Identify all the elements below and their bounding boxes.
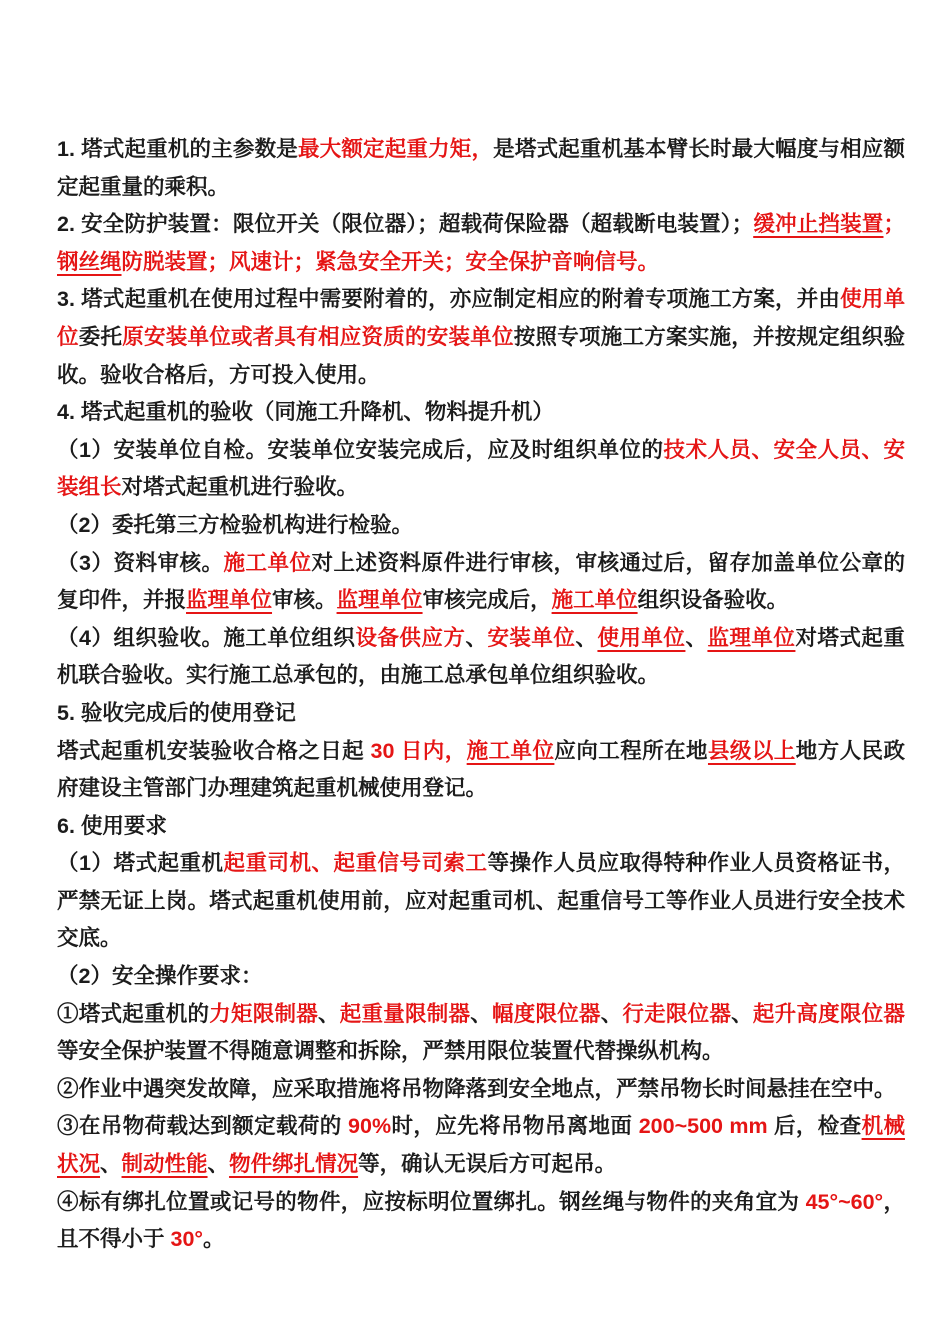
highlighted-text-segment: 钢丝绳 bbox=[57, 250, 122, 274]
highlighted-text-segment: 县级以上 bbox=[708, 739, 796, 763]
text-segment: 2. 安全防护装置：限位开关（限位器）；超载荷保险器（超载断电装置）； bbox=[57, 212, 753, 236]
highlighted-text-segment: 45°~60° bbox=[806, 1190, 884, 1214]
paragraph: 6. 使用要求 bbox=[57, 808, 905, 846]
paragraph: 5. 验收完成后的使用登记 bbox=[57, 695, 905, 733]
highlighted-text-segment: 防脱装置；风速计；紧急安全开关；安全保护音响信号。 bbox=[122, 250, 660, 274]
highlighted-text-segment: 200~500 mm bbox=[639, 1114, 768, 1138]
text-segment: （3）资料审核。 bbox=[57, 551, 223, 575]
text-segment: （1）塔式起重机 bbox=[57, 851, 223, 875]
highlighted-text-segment: 原安装单位或者具有相应资质的安装单位 bbox=[122, 325, 513, 349]
highlighted-text-segment: 设备供应方 bbox=[355, 626, 465, 650]
text-segment: 审核完成后， bbox=[423, 588, 552, 612]
highlighted-text-segment: 30 日内， bbox=[371, 739, 467, 763]
highlighted-text-segment: 施工单位 bbox=[467, 739, 555, 763]
text-segment: 应向工程所在地 bbox=[554, 739, 708, 763]
paragraph: （4）组织验收。施工单位组织设备供应方、安装单位、使用单位、监理单位对塔式起重机… bbox=[57, 620, 905, 695]
text-segment: 3. 塔式起重机在使用过程中需要附着的，亦应制定相应的附着专项施工方案，并由 bbox=[57, 287, 840, 311]
paragraph: ④标有绑扎位置或记号的物件，应按标明位置绑扎。钢丝绳与物件的夹角宜为 45°~6… bbox=[57, 1184, 905, 1259]
text-segment: 、 bbox=[318, 1002, 340, 1026]
text-segment: 、 bbox=[465, 626, 487, 650]
text-segment: 、 bbox=[601, 1002, 623, 1026]
document-page: 1. 塔式起重机的主参数是最大额定起重力矩，是塔式起重机基本臂长时最大幅度与相应… bbox=[0, 0, 950, 1344]
text-segment: ②作业中遇突发故障，应采取措施将吊物降落到安全地点，严禁吊物长时间悬挂在空中。 bbox=[57, 1077, 896, 1101]
paragraph: 4. 塔式起重机的验收（同施工升降机、物料提升机） bbox=[57, 394, 905, 432]
highlighted-text-segment: 监理单位 bbox=[186, 588, 272, 612]
highlighted-text-segment: 起升高度限位器 bbox=[753, 1002, 905, 1026]
text-segment: 、 bbox=[731, 1002, 753, 1026]
highlighted-text-segment: 施工单位 bbox=[223, 551, 311, 575]
highlighted-text-segment: 物件绑扎情况 bbox=[229, 1152, 358, 1176]
paragraph: ②作业中遇突发故障，应采取措施将吊物降落到安全地点，严禁吊物长时间悬挂在空中。 bbox=[57, 1071, 905, 1109]
text-segment: 时，应先将吊物吊离地面 bbox=[391, 1114, 639, 1138]
text-segment: 、 bbox=[470, 1002, 492, 1026]
text-segment: 。 bbox=[203, 1227, 225, 1251]
highlighted-text-segment: 行走限位器 bbox=[622, 1002, 731, 1026]
highlighted-text-segment: 监理单位 bbox=[707, 626, 795, 650]
text-segment: 1. 塔式起重机的主参数是 bbox=[57, 137, 298, 161]
text-segment: 5. 验收完成后的使用登记 bbox=[57, 701, 296, 725]
paragraph: （2）安全操作要求： bbox=[57, 958, 905, 996]
highlighted-text-segment: 安装单位 bbox=[487, 626, 575, 650]
text-segment: 对塔式起重机进行验收。 bbox=[122, 475, 359, 499]
text-segment: 、 bbox=[208, 1152, 230, 1176]
highlighted-text-segment: 施工单位 bbox=[552, 588, 638, 612]
text-segment: 委托 bbox=[79, 325, 123, 349]
highlighted-text-segment: 制动性能 bbox=[122, 1152, 208, 1176]
text-segment: ③在吊物荷载达到额定载荷的 bbox=[57, 1114, 348, 1138]
text-segment: 、 bbox=[685, 626, 707, 650]
text-segment: 6. 使用要求 bbox=[57, 814, 167, 838]
text-segment: 塔式起重机安装验收合格之日起 bbox=[57, 739, 371, 763]
highlighted-text-segment: 起重司机、起重信号司索工 bbox=[223, 851, 487, 875]
highlighted-text-segment: 幅度限位器 bbox=[492, 1002, 601, 1026]
text-segment: （4）组织验收。施工单位组织 bbox=[57, 626, 355, 650]
text-segment: 组织设备验收。 bbox=[638, 588, 789, 612]
paragraph: （2）委托第三方检验机构进行检验。 bbox=[57, 507, 905, 545]
text-segment: ④标有绑扎位置或记号的物件，应按标明位置绑扎。钢丝绳与物件的夹角宜为 bbox=[57, 1190, 806, 1214]
document-body: 1. 塔式起重机的主参数是最大额定起重力矩，是塔式起重机基本臂长时最大幅度与相应… bbox=[0, 0, 950, 1259]
text-segment: （2）委托第三方检验机构进行检验。 bbox=[57, 513, 413, 537]
highlighted-text-segment: 起重量限制器 bbox=[340, 1002, 470, 1026]
text-segment: ①塔式起重机的 bbox=[57, 1002, 209, 1026]
text-segment: 等安全保护装置不得随意调整和拆除，严禁用限位装置代替操纵机构。 bbox=[57, 1039, 724, 1063]
text-segment: 审核。 bbox=[272, 588, 337, 612]
paragraph: ③在吊物荷载达到额定载荷的 90%时，应先将吊物吊离地面 200~500 mm … bbox=[57, 1108, 905, 1183]
highlighted-text-segment: 90% bbox=[348, 1114, 391, 1138]
paragraph: 塔式起重机安装验收合格之日起 30 日内，施工单位应向工程所在地县级以上地方人民… bbox=[57, 733, 905, 808]
text-segment: （2）安全操作要求： bbox=[57, 964, 262, 988]
text-segment: 4. 塔式起重机的验收（同施工升降机、物料提升机） bbox=[57, 400, 554, 424]
highlighted-text-segment: 监理单位 bbox=[337, 588, 423, 612]
text-segment: 、 bbox=[575, 626, 597, 650]
paragraph: （1）安装单位自检。安装单位安装完成后，应及时组织单位的技术人员、安全人员、安装… bbox=[57, 432, 905, 507]
paragraph: （1）塔式起重机起重司机、起重信号司索工等操作人员应取得特种作业人员资格证书，严… bbox=[57, 845, 905, 958]
paragraph: 3. 塔式起重机在使用过程中需要附着的，亦应制定相应的附着专项施工方案，并由使用… bbox=[57, 281, 905, 394]
text-segment: 等，确认无误后方可起吊。 bbox=[358, 1152, 616, 1176]
paragraph: 1. 塔式起重机的主参数是最大额定起重力矩，是塔式起重机基本臂长时最大幅度与相应… bbox=[57, 131, 905, 206]
highlighted-text-segment: ； bbox=[883, 212, 905, 236]
paragraph: （3）资料审核。施工单位对上述资料原件进行审核，审核通过后，留存加盖单位公章的复… bbox=[57, 545, 905, 620]
text-segment: （1）安装单位自检。安装单位安装完成后，应及时组织单位的 bbox=[57, 438, 663, 462]
text-segment: 后，检查 bbox=[768, 1114, 862, 1138]
paragraph: 2. 安全防护装置：限位开关（限位器）；超载荷保险器（超载断电装置）；缓冲止挡装… bbox=[57, 206, 905, 281]
text-segment: 、 bbox=[100, 1152, 122, 1176]
highlighted-text-segment: 30° bbox=[170, 1227, 203, 1251]
highlighted-text-segment: 最大额定起重力矩， bbox=[298, 137, 493, 161]
highlighted-text-segment: 使用单位 bbox=[597, 626, 685, 650]
highlighted-text-segment: 缓冲止挡装置 bbox=[753, 212, 883, 236]
highlighted-text-segment: 力矩限制器 bbox=[209, 1002, 318, 1026]
paragraph: ①塔式起重机的力矩限制器、起重量限制器、幅度限位器、行走限位器、起升高度限位器等… bbox=[57, 996, 905, 1071]
